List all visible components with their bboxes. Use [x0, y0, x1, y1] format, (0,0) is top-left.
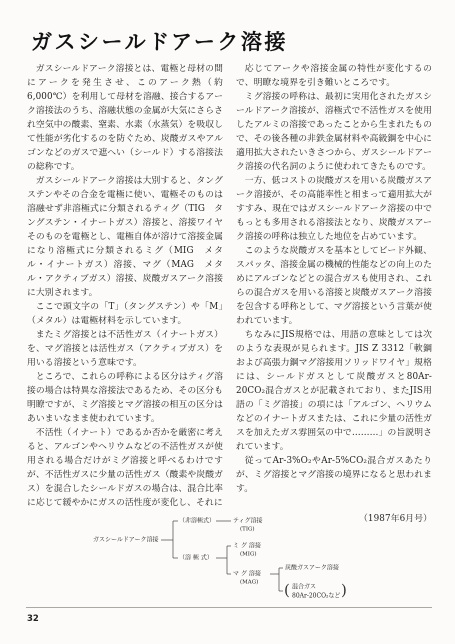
paragraph: 従ってAr-3%O₂やAr-5%CO₂混合ガスあたりが、ミグ溶接とマグ溶接の境界… — [236, 454, 432, 496]
left-column: ガスシールドアーク溶接とは、電極と母材の間にアークを発生させ、このアーク熱（約6… — [27, 62, 223, 526]
paragraph: ミグ溶接の呼称は、最初に実用化されたガスシールドアーク溶接が、溶極式で不活性ガス… — [236, 90, 432, 174]
page-number: 32 — [27, 614, 39, 624]
article-body: ガスシールドアーク溶接とは、電極と母材の間にアークを発生させ、このアーク熱（約6… — [27, 62, 433, 526]
diagram-tig-label: ティグ溶接 — [233, 517, 263, 525]
diagram-consumable-label: （溶 極 式） — [179, 554, 213, 562]
right-column: 応じてアークや溶接金属の特性が変化するので、明瞭な境界を引き難いところです。 ミ… — [236, 62, 432, 526]
diagram-co2-arc-label: 炭酸ガスアーク溶接 — [285, 564, 339, 572]
diagram-root-label: ガスシールドアーク溶接 — [93, 536, 159, 544]
close-paren-glyph: ) — [341, 581, 347, 599]
diagram-non-consumable-label: （非溶極式） — [179, 517, 215, 525]
diagram-mig-label: ミ グ 溶接 — [233, 542, 261, 550]
diagram-mixed-gas-label: 混合ガス — [292, 583, 316, 591]
paragraph: ここで頭文字の「T」（タングステン）や「M」（メタル）は電極材料を示しています。 — [27, 300, 223, 328]
diagram-mag-label: マ グ 溶接 — [233, 570, 261, 578]
paragraph: 応じてアークや溶接金属の特性が変化するので、明瞭な境界を引き難いところです。 — [236, 62, 432, 90]
paragraph: このような炭酸ガスを基本としてビード外観、スパッタ、溶接金属の機械的性能などの向… — [236, 244, 432, 328]
paragraph: ガスシールドアーク溶接とは、電極と母材の間にアークを発生させ、このアーク熱（約6… — [27, 62, 223, 174]
diagram-tig-abbr: (TIG) — [240, 526, 255, 533]
diagram-mixed-gas-ratio: 80Ar-20CO₂など — [292, 593, 340, 600]
paragraph: ところで、これらの呼称による区分はティグ溶接の場合は特異な溶接法であるため、その… — [27, 370, 223, 426]
paragraph: ちなみにJIS規格では、用語の意味としては次のような表現が見られます。JIS Z… — [236, 328, 432, 454]
classification-tree: ガスシールドアーク溶接 （非溶極式） ティグ溶接 (TIG) （溶 極 式） ミ… — [83, 496, 383, 604]
footer-divider — [26, 607, 432, 608]
paragraph: ガスシールドアーク溶接は大別すると、タングステンやその合金を電極に使い、電極その… — [27, 174, 223, 300]
diagram-mag-abbr: (MAG) — [240, 579, 258, 586]
paragraph: またミグ溶接とは不活性ガス（イナートガス）を、マグ溶接とは活性ガス（アクティブガ… — [27, 328, 223, 370]
diagram-mig-abbr: (MIG) — [240, 551, 257, 558]
paragraph: 一方、低コストの炭酸ガスを用いる炭酸ガスアーク溶接が、その高能率性と相まって適用… — [236, 174, 432, 244]
magazine-page: ガスシールドアーク溶接 ガスシールドアーク溶接とは、電極と母材の間にアークを発生… — [0, 0, 455, 644]
page-title: ガスシールドアーク溶接 — [31, 26, 288, 56]
open-paren-glyph: ( — [284, 581, 290, 599]
classification-diagram: ガスシールドアーク溶接 （非溶極式） ティグ溶接 (TIG) （溶 極 式） ミ… — [83, 496, 383, 604]
